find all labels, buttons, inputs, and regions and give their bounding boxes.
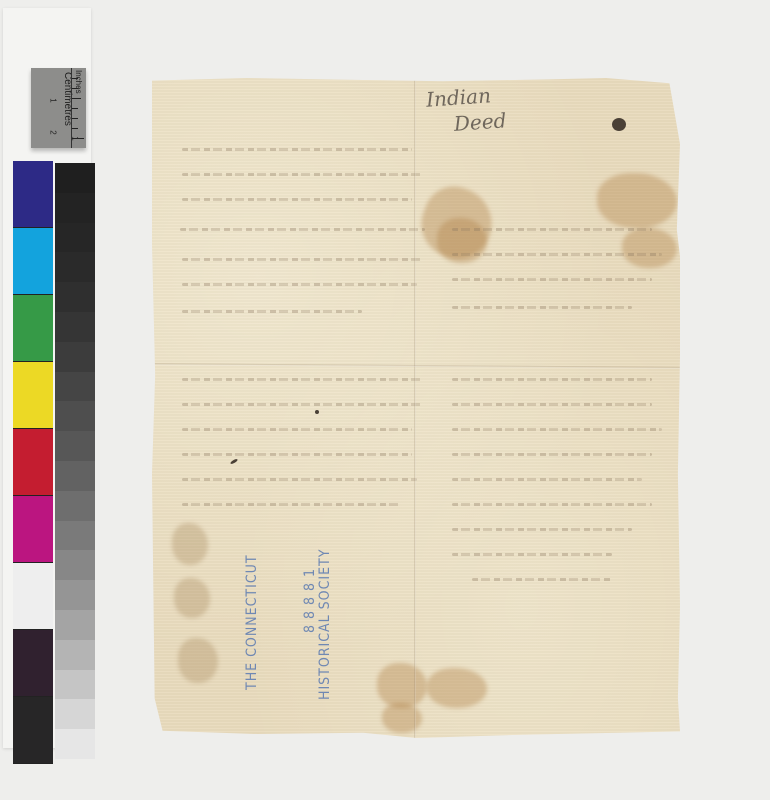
handwriting-line: [182, 173, 422, 176]
handwriting-line: [182, 148, 412, 151]
water-stain: [437, 218, 487, 263]
gray-step: [55, 252, 95, 282]
color-swatch: [13, 563, 53, 630]
gray-scale-steps: [55, 163, 95, 759]
handwriting-line: [452, 428, 662, 431]
handwriting-line: [452, 453, 652, 456]
thumb-stain: [174, 578, 210, 618]
gray-step: [55, 550, 95, 580]
handwriting-line: [182, 478, 417, 481]
handwriting-line: [452, 228, 652, 231]
color-swatch: [13, 295, 53, 362]
color-swatch: [13, 496, 53, 563]
color-swatch: [13, 228, 53, 295]
gray-step: [55, 372, 95, 402]
handwriting-line: [452, 403, 652, 406]
handwriting-line: [182, 198, 412, 201]
gray-step: [55, 610, 95, 640]
cm-tick-1: 1: [49, 98, 58, 102]
color-swatch: [13, 697, 53, 764]
water-stain: [597, 173, 677, 228]
water-stain: [377, 663, 427, 708]
color-swatch: [13, 362, 53, 429]
water-stain: [382, 703, 422, 733]
gray-step: [55, 312, 95, 342]
gray-step: [55, 580, 95, 610]
stamp-line-1: THE CONNECTICUT: [244, 554, 260, 690]
vertical-fold: [414, 78, 416, 738]
handwriting-line: [452, 306, 632, 309]
gray-step: [55, 193, 95, 223]
handwriting-line: [182, 283, 417, 286]
handwriting-line: [182, 258, 422, 261]
gray-step: [55, 729, 95, 759]
ink-spot: [315, 410, 319, 414]
water-stain: [427, 668, 487, 708]
gray-step: [55, 282, 95, 312]
water-stain: [622, 228, 677, 268]
handwriting-line: [472, 578, 612, 581]
handwriting-line: [182, 378, 422, 381]
gray-step: [55, 491, 95, 521]
gray-step: [55, 670, 95, 700]
handwriting-line: [452, 528, 632, 531]
gray-step: [55, 163, 95, 193]
scale-card: Inches Centimetres 1 2 1: [31, 68, 86, 148]
historical-document: Indian Deed THE CONNECTICUT 88881 HISTOR…: [152, 78, 680, 738]
handwriting-line: [182, 428, 412, 431]
gray-step: [55, 342, 95, 372]
gray-step: [55, 223, 95, 253]
handwriting-line: [452, 253, 662, 256]
gray-step: [55, 640, 95, 670]
gray-step: [55, 521, 95, 551]
ink-mark: [230, 458, 238, 465]
handwriting-line: [180, 228, 425, 231]
thumb-stain: [178, 638, 218, 683]
color-swatch: [13, 161, 53, 228]
cm-tick-2: 2: [49, 130, 58, 134]
color-swatches: [13, 161, 53, 764]
stamp-catalog-number: 88881: [302, 563, 318, 633]
gray-step: [55, 699, 95, 729]
handwriting-line: [182, 503, 402, 506]
handwriting-line: [452, 478, 642, 481]
handwriting-line: [452, 378, 652, 381]
color-swatch: [13, 630, 53, 697]
handwriting-line: [452, 553, 612, 556]
pencil-annotation: Indian Deed: [425, 81, 507, 138]
handwriting-line: [452, 503, 652, 506]
color-swatch: [13, 429, 53, 496]
horizontal-fold: [152, 363, 680, 369]
handwriting-line: [182, 403, 422, 406]
stamp-line-3: HISTORICAL SOCIETY: [317, 549, 333, 700]
color-calibration-target: Inches Centimetres 1 2 1: [3, 8, 91, 748]
handwriting-line: [182, 453, 412, 456]
gray-step: [55, 461, 95, 491]
thumb-stain: [172, 523, 208, 565]
inch-tick-1: 1: [71, 136, 80, 140]
ink-blot: [612, 118, 626, 131]
gray-step: [55, 431, 95, 461]
handwriting-line: [452, 278, 652, 281]
handwriting-line: [182, 310, 362, 313]
gray-step: [55, 401, 95, 431]
